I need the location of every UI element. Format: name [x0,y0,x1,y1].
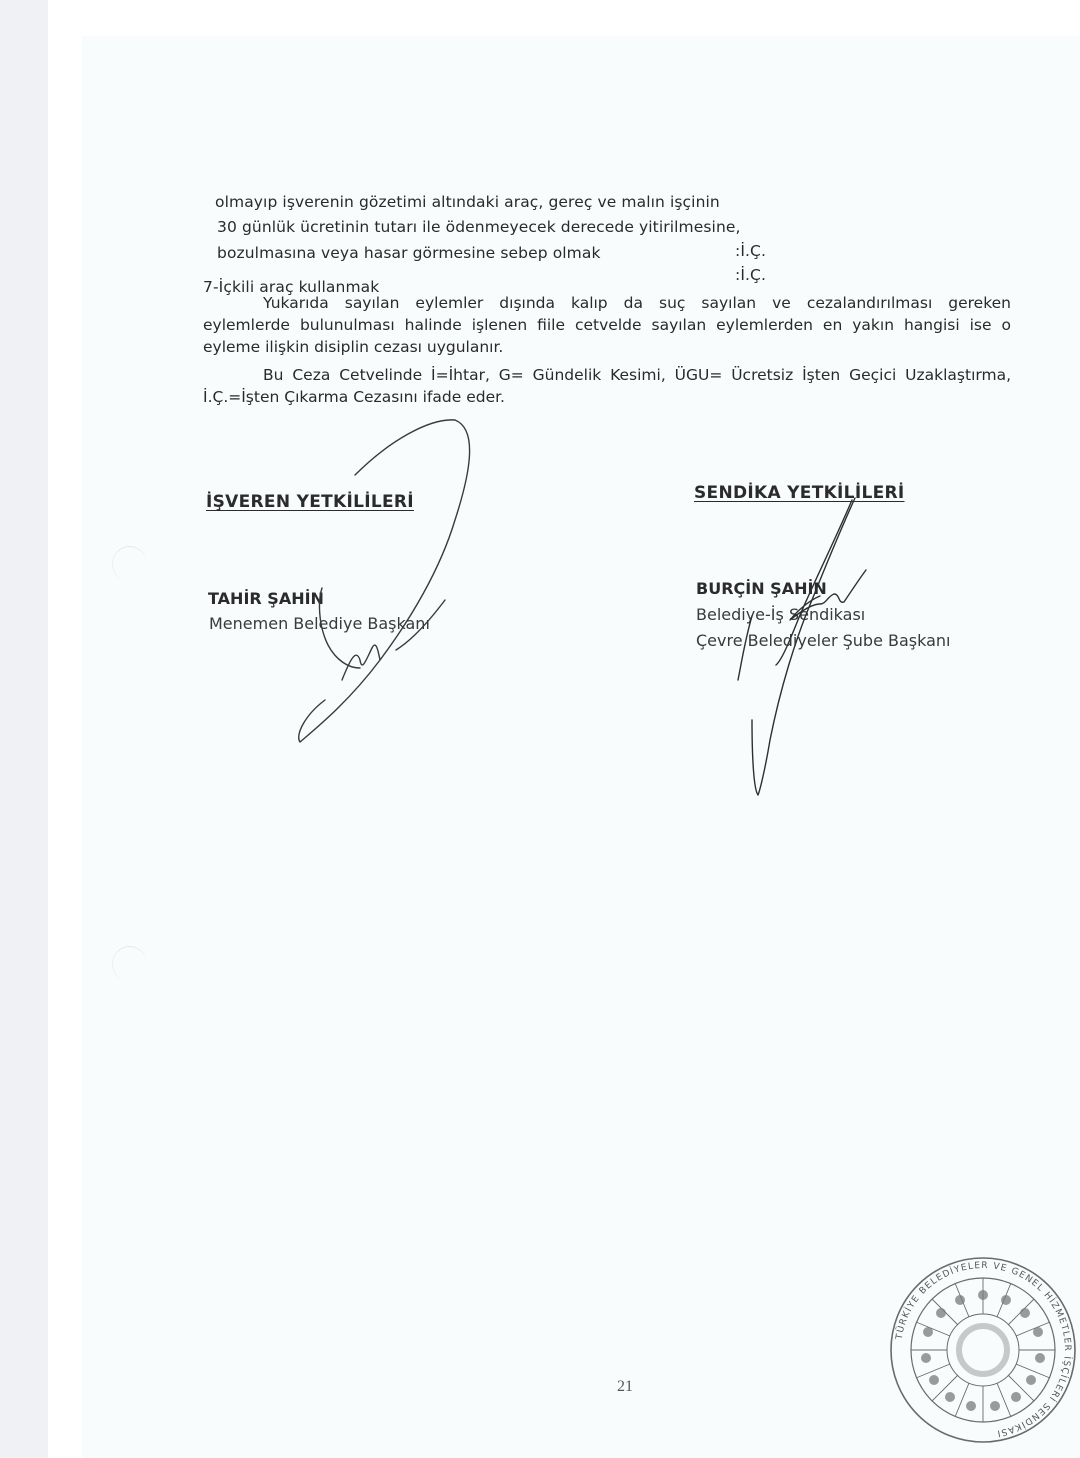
paragraph-other-offenses: Yukarıda sayılan eylemler dışında kalıp … [203,292,1011,358]
union-heading: SENDİKA YETKİLİLERİ [694,483,905,503]
union-name: BURÇİN ŞAHİN [696,579,827,598]
page-number: 21 [617,1378,633,1396]
union-stamp: TÜRKİYE BELEDİYELER VE GENEL HİZMETLER İ… [888,1250,1078,1450]
item-7-penalty: :İ.Ç. [735,266,766,284]
paragraph-line: eylemlerde bulunulması halinde işlenen f… [203,314,1011,336]
employer-heading: İŞVEREN YETKİLİLERİ [206,492,414,512]
paragraph-line: eyleme ilişkin disiplin cezası uygulanır… [203,336,1011,358]
paragraph-legend: Bu Ceza Cetvelinde İ=İhtar, G= Gündelik … [203,364,1011,408]
continuation-line: bozulmasına veya hasar görmesine sebep o… [217,244,601,262]
paragraph-line: Bu Ceza Cetvelinde İ=İhtar, G= Gündelik … [203,364,1011,386]
punch-hole-mark [112,946,147,981]
union-title-line: Belediye-İş Sendikası [696,603,865,626]
punch-hole-mark [112,546,147,581]
continuation-line: olmayıp işverenin gözetimi altındaki ara… [215,193,720,211]
employer-title: Menemen Belediye Başkanı [209,612,430,635]
paragraph-line: Yukarıda sayılan eylemler dışında kalıp … [203,292,1011,314]
employer-name: TAHİR ŞAHİN [208,589,324,608]
union-title-line: Çevre Belediyeler Şube Başkanı [696,629,951,652]
paragraph-line: İ.Ç.=İşten Çıkarma Cezasını ifade eder. [203,386,1011,408]
union-seal-icon: TÜRKİYE BELEDİYELER VE GENEL HİZMETLER İ… [888,1250,1078,1450]
svg-text:TÜRKİYE BELEDİYELER VE GENEL H: TÜRKİYE BELEDİYELER VE GENEL HİZMETLER İ… [895,1261,1073,1438]
continuation-line: 30 günlük ücretinin tutarı ile ödenmeyec… [217,218,741,236]
penalty-code: :İ.Ç. [735,242,766,260]
viewer-left-margin [0,0,48,1458]
